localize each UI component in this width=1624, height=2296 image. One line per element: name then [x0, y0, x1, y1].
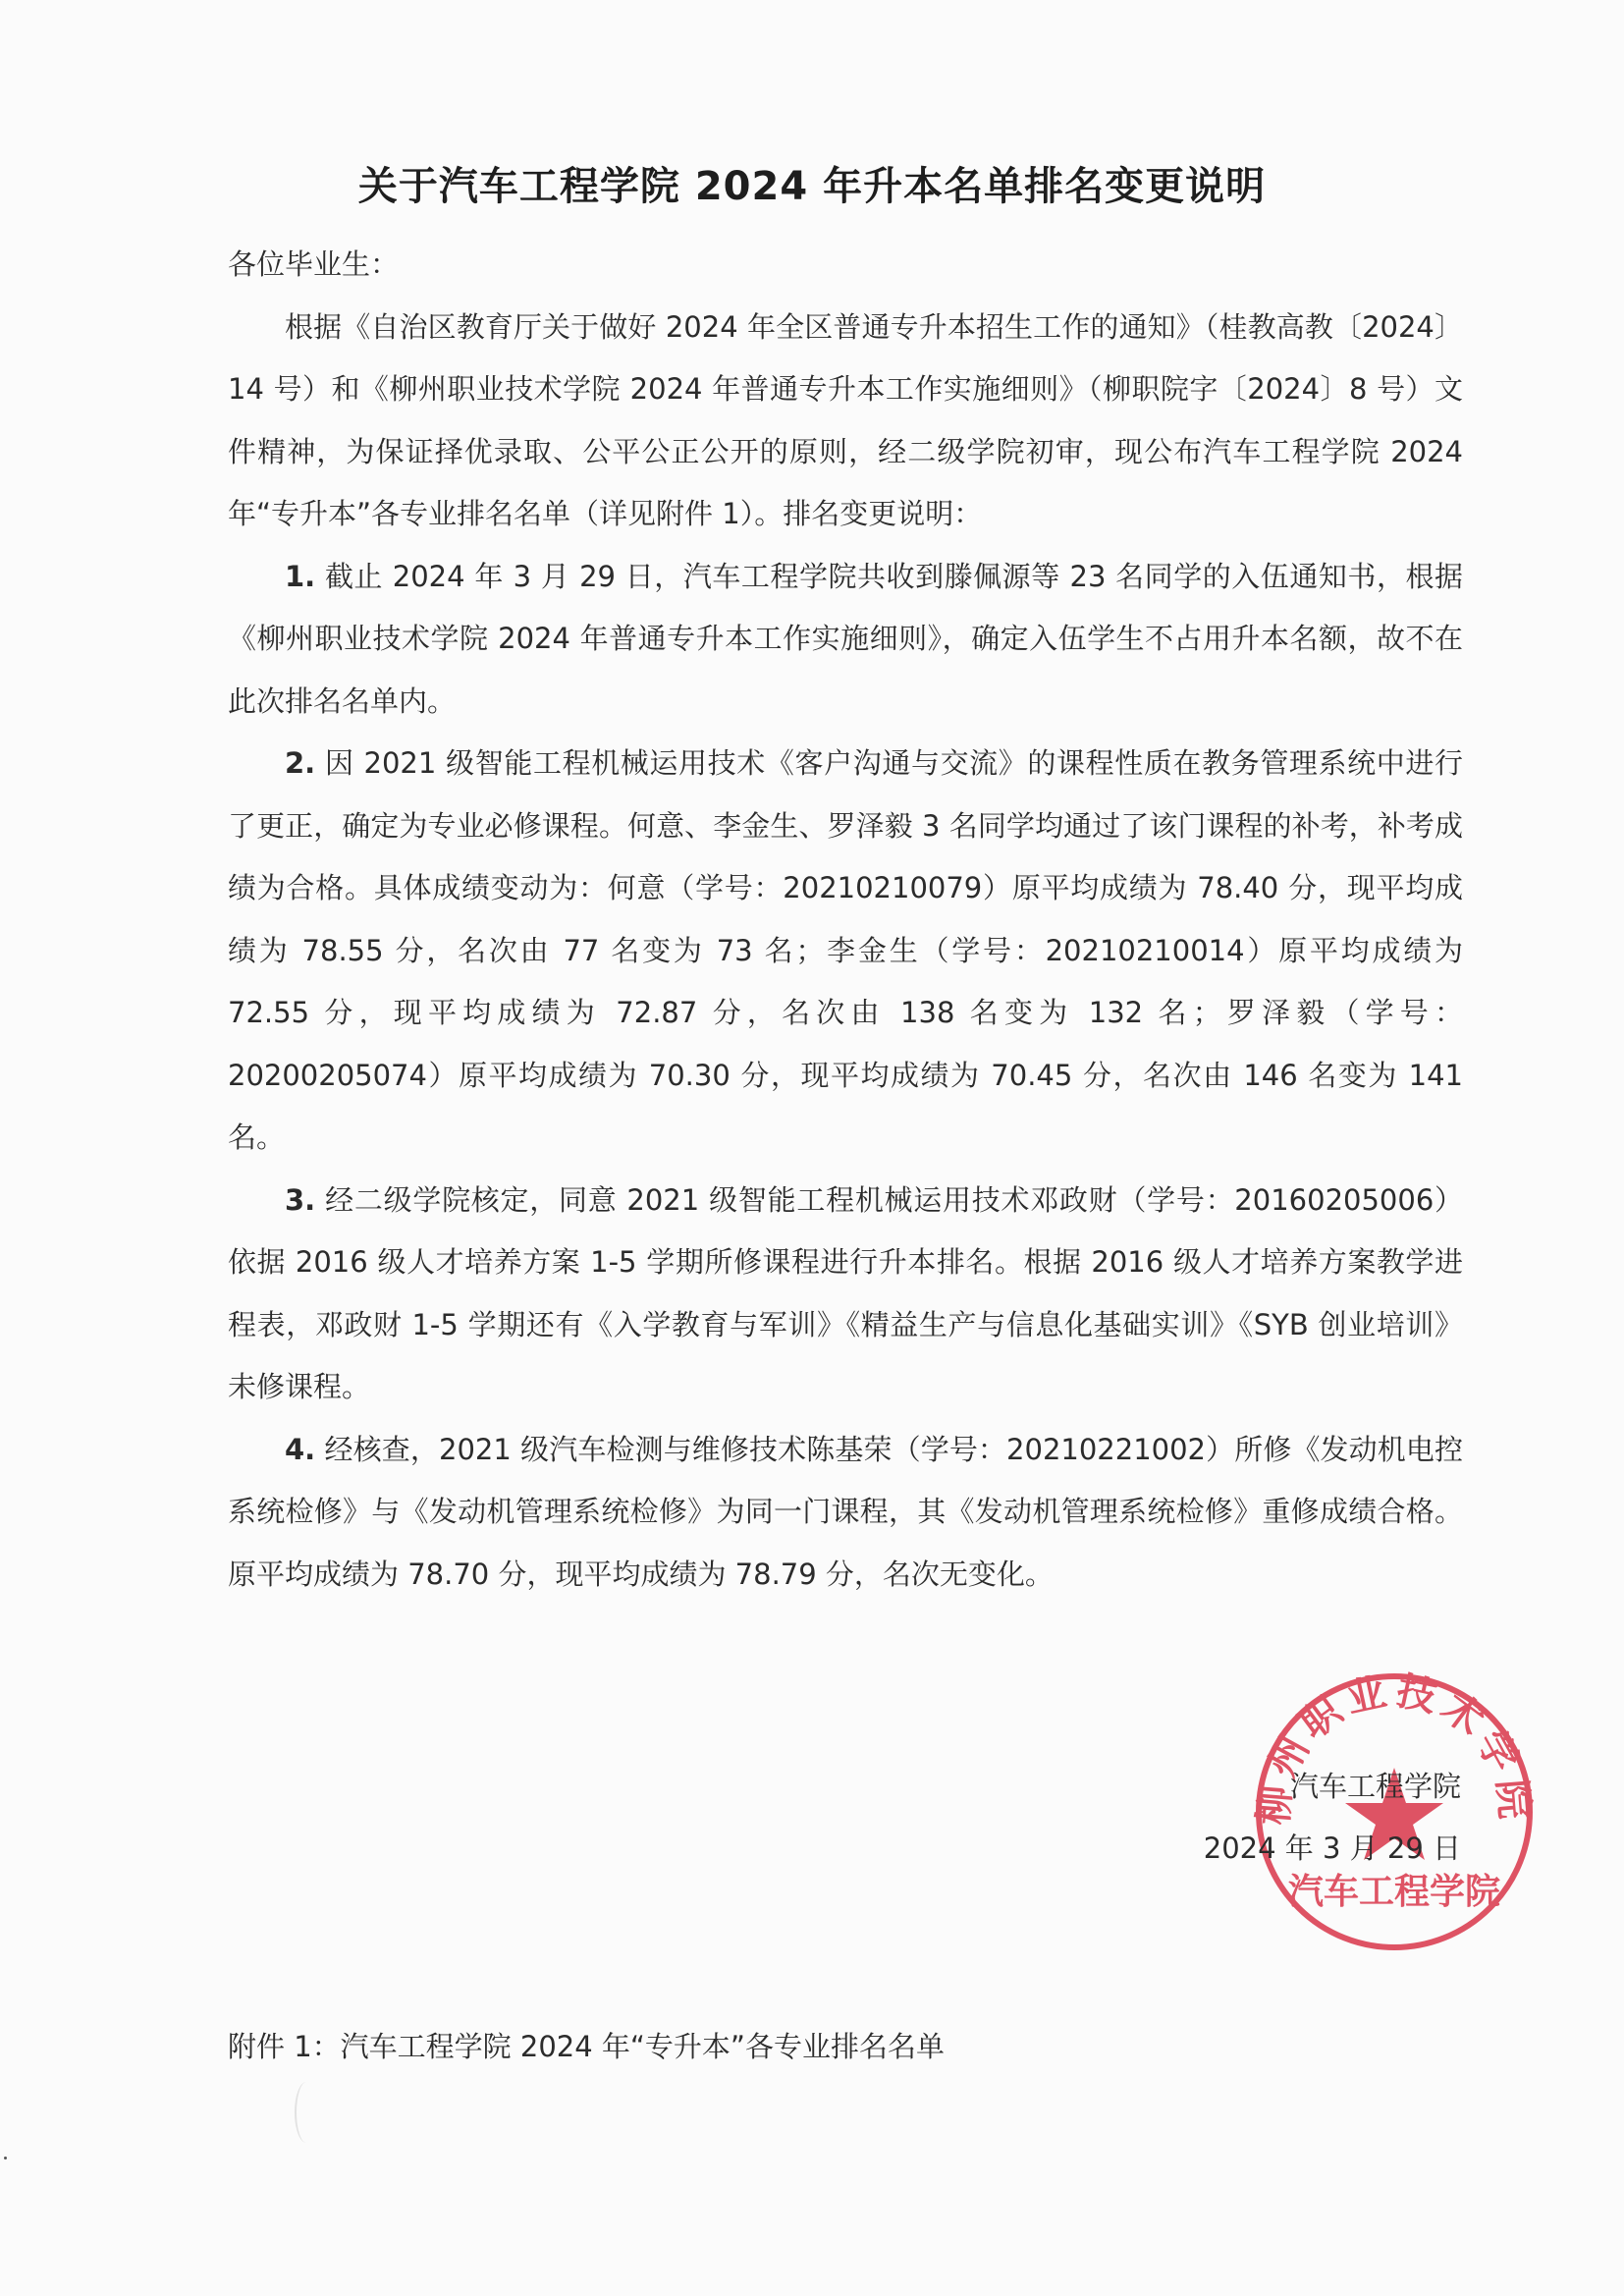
item-number: 2. — [285, 746, 315, 780]
signature-block: 汽车工程学院 2024 年 3 月 29 日 — [1204, 1756, 1461, 1880]
document-page: 关于汽车工程学院 2024 年升本名单排名变更说明 各位毕业生： 根据《自治区教… — [0, 0, 1624, 2296]
item-number: 3. — [285, 1183, 315, 1217]
document-body: 各位毕业生： 根据《自治区教育厅关于做好 2024 年全区普通专升本招生工作的通… — [228, 234, 1463, 1606]
intro-paragraph: 根据《自治区教育厅关于做好 2024 年全区普通专升本招生工作的通知》（桂教高教… — [228, 297, 1463, 546]
signature-date: 2024 年 3 月 29 日 — [1204, 1818, 1461, 1880]
item-4: 4. 经核查，2021 级汽车检测与维修技术陈基荣（学号：20210221002… — [228, 1419, 1463, 1607]
item-text: 经核查，2021 级汽车检测与维修技术陈基荣（学号：20210221002）所修… — [228, 1433, 1463, 1591]
item-text: 截止 2024 年 3 月 29 日，汽车工程学院共收到滕佩源等 23 名同学的… — [228, 560, 1463, 718]
attachment-note: 附件 1：汽车工程学院 2024 年“专升本”各专业排名名单 — [228, 2025, 945, 2065]
document-title: 关于汽车工程学院 2024 年升本名单排名变更说明 — [0, 155, 1624, 211]
item-number: 4. — [285, 1433, 315, 1466]
scan-dot — [4, 2157, 7, 2159]
item-text: 因 2021 级智能工程机械运用技术《客户沟通与交流》的课程性质在教务管理系统中… — [228, 746, 1463, 1154]
scan-artifact — [295, 2082, 318, 2143]
item-text: 经二级学院核定，同意 2021 级智能工程机械运用技术邓政财（学号：201602… — [228, 1183, 1463, 1404]
salutation: 各位毕业生： — [228, 234, 1463, 297]
item-number: 1. — [285, 560, 315, 593]
item-3: 3. 经二级学院核定，同意 2021 级智能工程机械运用技术邓政财（学号：201… — [228, 1170, 1463, 1419]
item-1: 1. 截止 2024 年 3 月 29 日，汽车工程学院共收到滕佩源等 23 名… — [228, 546, 1463, 734]
signature-org: 汽车工程学院 — [1204, 1756, 1461, 1818]
item-2: 2. 因 2021 级智能工程机械运用技术《客户沟通与交流》的课程性质在教务管理… — [228, 733, 1463, 1170]
